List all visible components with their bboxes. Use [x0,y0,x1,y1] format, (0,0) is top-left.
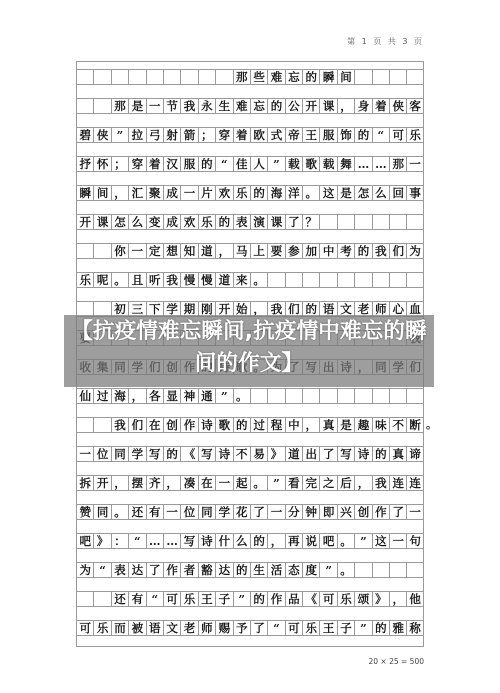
grid-cell: 歌 [215,418,232,432]
grid-cell: 慢 [180,273,197,287]
grid-cell: 抒 [76,157,93,171]
grid-cell: 位 [180,505,197,519]
grid-cell: 他 [406,592,423,606]
grid-cell: 佳 [233,157,250,171]
grid-cell: 开 [302,99,319,113]
grid-cell: 开 [93,476,110,490]
grid-cell: 服 [180,157,197,171]
grid-cell: 身 [354,99,371,113]
grid-cell: 乐 [406,128,423,142]
grid-cell: 了 [319,447,336,461]
grid-cell: 知 [180,244,197,258]
grid-cell: 者 [180,563,197,577]
grid-cell [76,418,93,432]
grid-cell: 。 [337,534,354,548]
grid-cell [319,389,336,403]
grid-cell [337,273,354,287]
text-row: 仙过海，各显神通”。 [76,388,424,404]
grid-cell: 有 [128,592,145,606]
grid-cell: 些 [250,70,267,84]
grid-cell: 什 [215,534,232,548]
grid-cell [302,273,319,287]
grid-cell: ？ [302,215,319,229]
grid-cell: 乐 [180,592,197,606]
grid-cell: ， [250,302,267,316]
grid-cell: 回 [389,186,406,200]
grid-cell: 王 [198,592,215,606]
grid-cell: 难 [267,70,284,84]
grid-cell [76,302,93,316]
grid-cell: ； [198,128,215,142]
grid-cell: 怎 [111,215,128,229]
grid-cell: 连 [389,476,406,490]
grid-cell: 的 [250,592,267,606]
text-row: 一位同学写的《写诗不易》道出了写诗的真谛 [76,446,424,462]
grid-cell: 载 [285,157,302,171]
grid-cell: 成 [163,186,180,200]
grid-cell: 瞬 [319,70,336,84]
grid-cell: 各 [146,389,163,403]
grid-cell: 还 [111,592,128,606]
grid-cell: 易 [250,447,267,461]
grid-cell: 是 [128,99,145,113]
grid-cell: 。 [302,186,319,200]
text-row: 拆开，摆齐，凑在一起。”看完之后，我连连 [76,475,424,491]
grid-cell: 写 [337,447,354,461]
grid-cell: 慢 [198,273,215,287]
grid-cell [180,70,197,84]
grid-cell [372,273,389,287]
grid-cell: 始 [233,302,250,316]
grid-cell: 师 [372,302,389,316]
grid-cell: 海 [111,389,128,403]
grid-cell: 王 [319,621,336,635]
grid-cell: 作 [267,592,284,606]
grid-cell: 花 [233,505,250,519]
grid-cell: 的 [302,70,319,84]
grid-cell: 老 [354,302,371,316]
grid-cell: 心 [389,302,406,316]
grid-cell [406,273,423,287]
grid-cell: 呢 [93,273,110,287]
grid-cell: 一 [76,447,93,461]
text-row: 开课怎么变成欢乐的表演课了？ [76,214,424,230]
grid-cell [406,70,423,84]
grid-cell: 要 [267,244,284,258]
grid-cell: 忘 [285,70,302,84]
grid-cell: 。 [111,273,128,287]
text-row: 为“表达了作者豁达的生活态度”。 [76,562,424,578]
grid-cell: 一 [389,534,406,548]
grid-cell: ； [111,157,128,171]
grid-cell: 诗 [198,418,215,432]
grid-cell: 海 [267,186,284,200]
grid-cell: 后 [337,476,354,490]
grid-cell: 的 [372,621,389,635]
grid-cell [319,273,336,287]
grid-cell: 乐 [302,621,319,635]
grid-cell: 怀 [93,157,110,171]
grid-cell: ， [111,186,128,200]
grid-cell: 是 [337,186,354,200]
grid-cell: 乐 [76,273,93,287]
grid-cell: 断 [406,418,423,432]
grid-cell [76,592,93,606]
grid-cell: 们 [128,418,145,432]
grid-cell: 考 [337,244,354,258]
grid-cell: 道 [198,244,215,258]
grid-cell: 。 [111,505,128,519]
grid-cell: 饰 [337,128,354,142]
grid-cell [354,273,371,287]
grid-cell [372,215,389,229]
grid-cell: 侠 [389,99,406,113]
grid-cell [93,244,110,258]
grid-cell: 表 [111,563,128,577]
grid-cell: 上 [250,244,267,258]
grid-cell: 》 [93,534,110,548]
grid-cell: 的 [267,99,284,113]
grid-cell: 作 [180,418,197,432]
grid-cell: 难 [233,99,250,113]
grid-cell: 开 [76,215,93,229]
text-row: 乐呢。且听我慢慢道来。 [76,272,424,288]
grid-cell: 达 [128,563,145,577]
grid-cell: 可 [76,621,93,635]
grid-cell: 《 [180,447,197,461]
grid-cell: 乐 [233,186,250,200]
grid-cell: 中 [285,418,302,432]
grid-cell: 予 [233,621,250,635]
grid-cell: 写 [180,534,197,548]
grid-cell: 通 [198,389,215,403]
grid-cell: “ [215,157,232,171]
text-row: 抒怀；穿着汉服的“佳人”载歌载舞……那一 [76,156,424,172]
text-row: 还有“可乐王子”的作品《可乐颂》，他 [76,591,424,607]
grid-cell [267,389,284,403]
grid-cell: 师 [198,621,215,635]
grid-cell: 的 [372,447,389,461]
grid-cell: 。 [250,273,267,287]
grid-cell: 称 [406,621,423,635]
grid-cell [337,389,354,403]
grid-cell: 即 [319,505,336,519]
grid-cell: 位 [93,447,110,461]
overflow-period: 。 [426,416,437,432]
grid-cell: 我 [180,99,197,113]
grid-cell: 是 [337,418,354,432]
grid-cell: 汉 [163,157,180,171]
grid-cell: ， [389,592,406,606]
grid-cell: 》 [372,592,389,606]
grid-cell: 为 [406,244,423,258]
grid-cell: 聚 [146,186,163,200]
grid-cell [215,70,232,84]
grid-cell: ” [233,592,250,606]
grid-cell: 那 [389,157,406,171]
grid-cell [389,70,406,84]
grid-cell [354,215,371,229]
grid-cell: 这 [372,534,389,548]
grid-cell: 的 [302,302,319,316]
grid-cell: “ [372,128,389,142]
grid-cell: 创 [354,505,371,519]
grid-cell: 你 [111,244,128,258]
grid-cell: 间 [93,186,110,200]
grid-cell: ” [267,157,284,171]
grid-cell: 参 [285,244,302,258]
grid-cell: 同 [198,505,215,519]
grid-cell: 的 [215,215,232,229]
grid-cell: 被 [128,621,145,635]
grid-cell: 拉 [128,128,145,142]
grid-cell [76,99,93,113]
grid-cell: 兴 [337,505,354,519]
grid-cell: 凑 [180,476,197,490]
grid-cell: 老 [180,621,197,635]
grid-cell: 三 [128,302,145,316]
grid-cell: 一 [180,186,197,200]
grid-cell [389,273,406,287]
grid-cell [93,302,110,316]
text-row: 碧侠”拉弓射箭；穿着欧式帝王服饰的“可乐 [76,127,424,143]
grid-cell [76,244,93,258]
grid-cell [389,215,406,229]
grid-cell: 子 [215,592,232,606]
grid-cell: 这 [319,186,336,200]
grid-cell: 么 [128,215,145,229]
grid-cell: 说 [302,534,319,548]
grid-cell: 着 [372,99,389,113]
grid-cell: ” [267,476,284,490]
grid-cell: 再 [285,534,302,548]
grid-cell: 还 [128,505,145,519]
grid-cell: 可 [163,592,180,606]
grid-cell: 在 [198,476,215,490]
grid-cell [302,389,319,403]
grid-cell: 道 [215,273,232,287]
grid-cell [163,70,180,84]
grid-cell: 学 [163,302,180,316]
text-row: 瞬间，汇聚成一片欢乐的海洋。这是怎么回事 [76,185,424,201]
grid-cell: 穿 [215,128,232,142]
grid-cell: 怎 [354,186,371,200]
grid-cell: “ [146,592,163,606]
grid-cell: 公 [285,99,302,113]
grid-cell: … [163,534,180,548]
grid-cell: 一 [406,157,423,171]
grid-cell [93,99,110,113]
grid-count-label: 20 × 25 = 500 [368,657,424,666]
grid-cell: 钟 [302,505,319,519]
text-row: 可乐而被语文老师赐予了“可乐王子”的雅称 [76,620,424,636]
text-row: 我们在创作诗歌的过程中，真是趣味不断 [76,417,424,433]
grid-cell: 一 [406,505,423,519]
grid-cell: 客 [406,99,423,113]
grid-cell: 乐 [198,215,215,229]
grid-cell: 颂 [354,592,371,606]
grid-cell: 来 [233,273,250,287]
grid-cell: 一 [128,244,145,258]
grid-cell: 过 [93,389,110,403]
grid-cell: 赞 [76,505,93,519]
grid-cell: 。 [337,563,354,577]
grid-cell: ： [111,534,128,548]
grid-cell: “ [93,563,110,577]
grid-cell: 分 [285,505,302,519]
grid-cell: 可 [285,621,302,635]
grid-cell: 那 [111,99,128,113]
grid-cell [406,389,423,403]
grid-cell: 乐 [93,621,110,635]
grid-cell: 语 [146,621,163,635]
grid-cell [389,389,406,403]
grid-cell: 想 [163,244,180,258]
grid-cell: 片 [198,186,215,200]
grid-cell: … [146,534,163,548]
grid-cell: 的 [233,418,250,432]
grid-cell: 定 [146,244,163,258]
grid-cell: 服 [319,128,336,142]
grid-cell: 演 [250,215,267,229]
grid-cell: ， [215,244,232,258]
grid-cell [111,70,128,84]
grid-cell [354,389,371,403]
grid-cell: 拆 [76,476,93,490]
grid-cell [93,592,110,606]
grid-cell: 们 [285,302,302,316]
grid-cell: 开 [215,302,232,316]
grid-cell: … [354,157,371,171]
grid-cell: 了 [146,563,163,577]
grid-cell: 豁 [198,563,215,577]
grid-cell: 语 [319,302,336,316]
grid-cell: 洋 [285,186,302,200]
grid-cell: 学 [215,505,232,519]
grid-cell: ” [354,534,371,548]
grid-cell: 么 [233,534,250,548]
grid-cell: 道 [285,447,302,461]
grid-cell: 作 [372,505,389,519]
grid-cell: 变 [146,215,163,229]
grid-cell: 诗 [198,534,215,548]
grid-cell [372,389,389,403]
grid-cell: 歌 [302,157,319,171]
text-row: 吧》：“……写诗什么的，再说吧。”这一句 [76,533,424,549]
grid-cell: 碧 [76,128,93,142]
grid-cell: 真 [319,418,336,432]
grid-cell: 在 [146,418,163,432]
grid-cell: 齐 [146,476,163,490]
grid-cell: 达 [215,563,232,577]
text-row: 赞同。还有一位同学花了一分钟即兴创作了一 [76,504,424,520]
grid-cell: 可 [319,592,336,606]
grid-cell: ” [354,621,371,635]
grid-cell: 加 [302,244,319,258]
grid-cell: 且 [128,273,145,287]
grid-cell [146,70,163,84]
grid-cell: 期 [180,302,197,316]
grid-cell: 赐 [215,621,232,635]
grid-cell: 马 [233,244,250,258]
grid-cell: ， [163,476,180,490]
grid-cell: 乐 [337,592,354,606]
grid-cell: 着 [146,157,163,171]
grid-cell: 课 [267,215,284,229]
grid-cell: 有 [146,505,163,519]
grid-cell: 作 [163,563,180,577]
grid-cell: 的 [233,563,250,577]
grid-cell: 的 [354,128,371,142]
grid-cell: 完 [302,476,319,490]
grid-cell: 摆 [128,476,145,490]
grid-cell: 吧 [76,534,93,548]
grid-cell [354,70,371,84]
grid-cell: “ [128,534,145,548]
grid-cell: 我 [372,244,389,258]
grid-cell: 文 [337,302,354,316]
grid-cell: 而 [111,621,128,635]
grid-cell: 品 [285,592,302,606]
grid-cell: ， [111,476,128,490]
grid-cell: 弓 [146,128,163,142]
grid-cell: 人 [250,157,267,171]
title-row: 那些难忘的瞬间 [76,69,424,85]
grid-cell: 侠 [93,128,110,142]
grid-cell: 看 [285,476,302,490]
grid-cell: 可 [389,128,406,142]
grid-cell: 创 [163,418,180,432]
grid-cell: 的 [250,186,267,200]
grid-cell: 载 [319,157,336,171]
grid-cell: 永 [198,99,215,113]
grid-cell [354,563,371,577]
grid-cell: 们 [389,244,406,258]
grid-cell: 式 [267,128,284,142]
grid-cell: 的 [198,157,215,171]
grid-cell: 子 [337,621,354,635]
grid-cell: 活 [267,563,284,577]
grid-cell: 汇 [128,186,145,200]
grid-cell: 一 [215,476,232,490]
grid-cell: 文 [163,621,180,635]
grid-cell: 度 [302,563,319,577]
grid-cell: 欧 [250,128,267,142]
text-row: 那是一节我永生难忘的公开课，身着侠客 [76,98,424,114]
grid-cell [406,215,423,229]
grid-cell: 味 [372,418,389,432]
grid-cell: 态 [285,563,302,577]
grid-cell: 节 [163,99,180,113]
grid-cell: 了 [389,505,406,519]
grid-cell [319,215,336,229]
grid-cell: 那 [233,70,250,84]
grid-cell [285,389,302,403]
grid-cell: 血 [406,302,423,316]
title-banner[interactable]: 【抗疫情难忘瞬间,抗疫情中难忘的瞬间的作文】 [64,316,434,380]
grid-cell: 间 [337,70,354,84]
grid-cell: 舞 [337,157,354,171]
grid-cell: 不 [233,447,250,461]
grid-cell: 课 [319,99,336,113]
grid-cell: ， [302,418,319,432]
grid-cell: 了 [250,621,267,635]
grid-cell: 王 [302,128,319,142]
grid-cell: ” [319,563,336,577]
grid-cell: 听 [146,273,163,287]
grid-cell: 一 [163,505,180,519]
grid-cell: 真 [389,447,406,461]
